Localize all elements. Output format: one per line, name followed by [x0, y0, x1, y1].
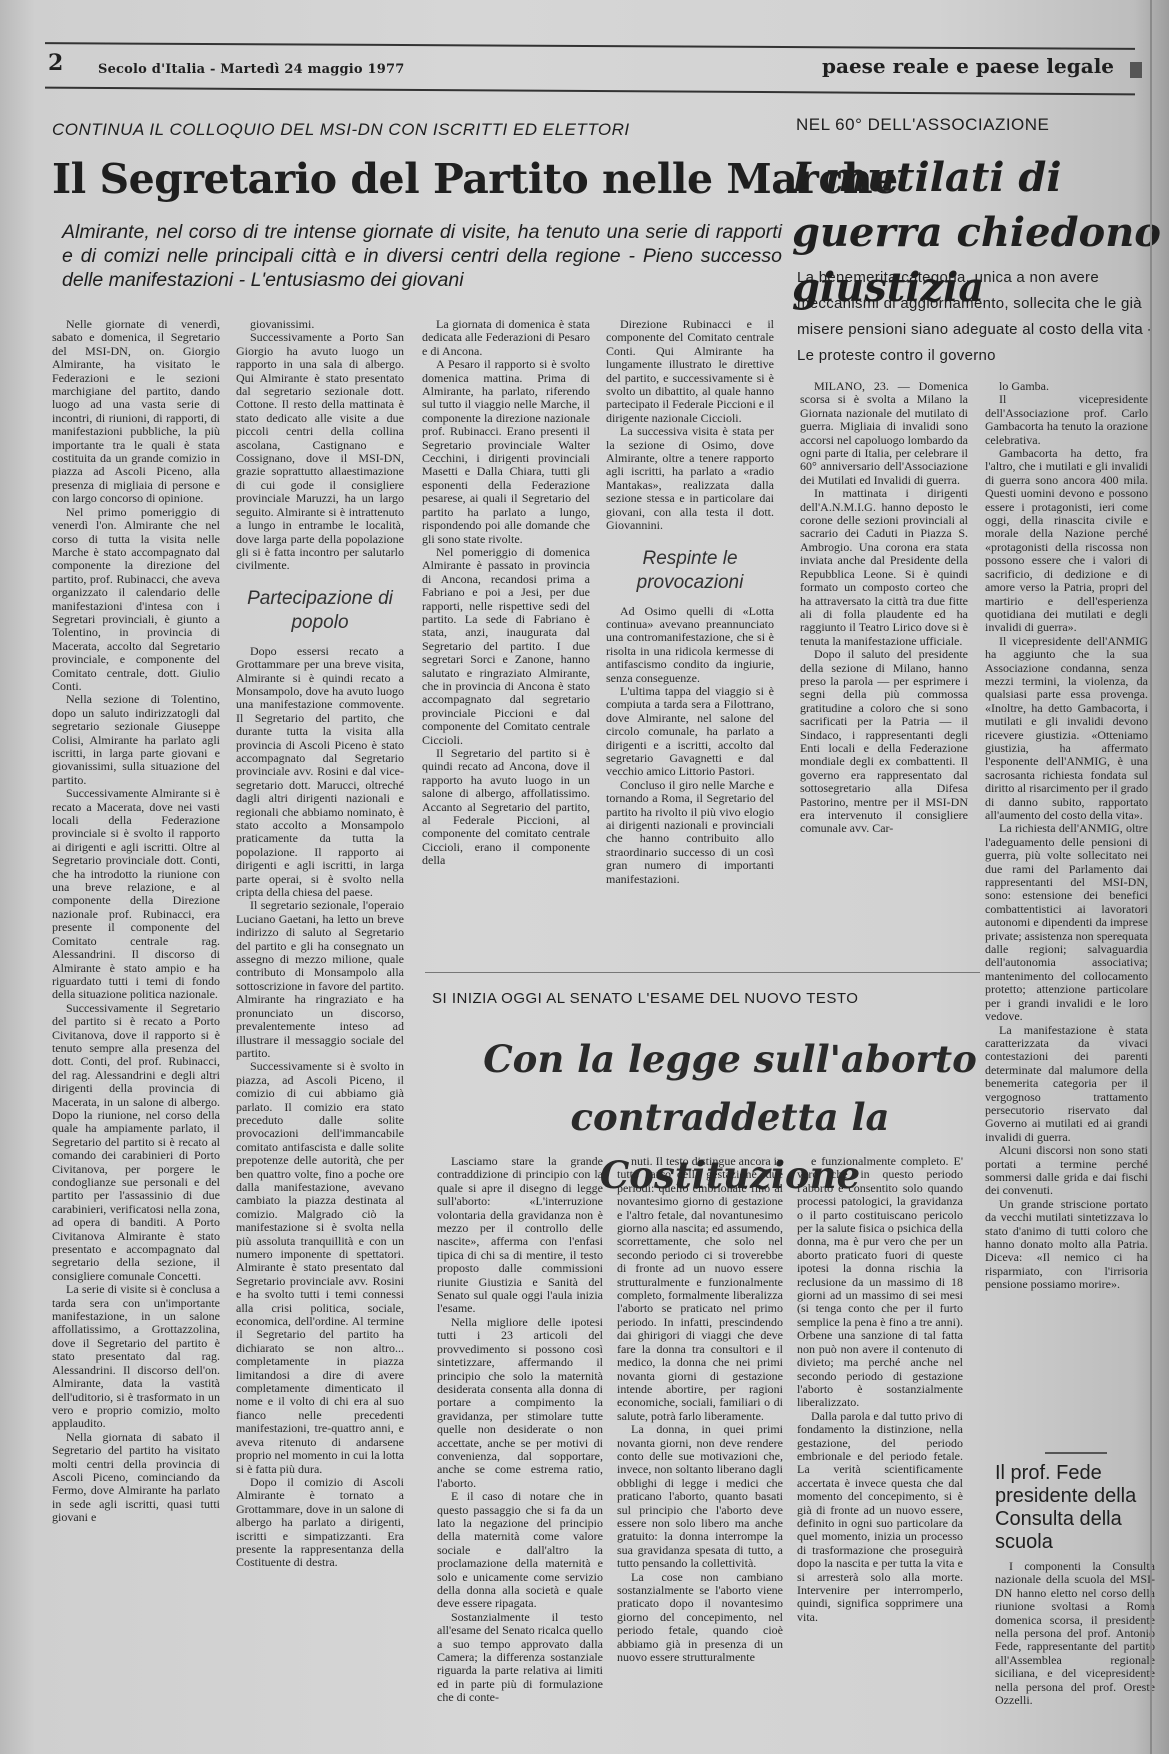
- subhead: Respinte le provocazioni: [606, 547, 774, 595]
- paragraph: e funzionalmente completo. E' vero che i…: [797, 1155, 963, 1410]
- paragraph: Nella sezione di Tolentino, dopo un salu…: [52, 693, 220, 787]
- paragraph: Successivamente Almirante si è recato a …: [52, 787, 220, 1002]
- paragraph: La successiva visita è stata per la sezi…: [606, 425, 774, 532]
- aborto-column-2: nuti. Il testo distingue ancora in tutto…: [617, 1155, 783, 1664]
- aborto-kicker: SI INIZIA OGGI AL SENATO L'ESAME DEL NUO…: [432, 990, 858, 1007]
- mutilati-deck: La benemerita categoria, unica a non ave…: [797, 265, 1167, 369]
- paragraph: La donna, in quei primi novanta giorni, …: [617, 1423, 783, 1570]
- paragraph: Un grande striscione portato da vecchi m…: [985, 1198, 1148, 1292]
- page-number: 2: [48, 50, 63, 76]
- paragraph: Il vicepresidente dell'Associazione prof…: [985, 393, 1148, 447]
- header-bottom-rule: [45, 87, 1135, 96]
- marche-column-1: Nelle giornate di venerdì, sabato e dome…: [52, 318, 220, 1525]
- paragraph: Dopo il comizio di Ascoli Almirante è to…: [236, 1476, 404, 1570]
- marche-column-4: Direzione Rubinacci e il componente del …: [606, 318, 774, 886]
- mutilati-column-1: MILANO, 23. — Domenica scorsa si è svolt…: [800, 380, 968, 836]
- paragraph: Nella migliore delle ipotesi tutti i 23 …: [437, 1316, 603, 1490]
- aborto-top-rule: [425, 972, 980, 973]
- paragraph: Direzione Rubinacci e il componente del …: [606, 318, 774, 425]
- paragraph: Ad Osimo quelli di «Lotta continua» avev…: [606, 605, 774, 685]
- paragraph: Concluso il giro nelle Marche e tornando…: [606, 779, 774, 886]
- paragraph: Il Segretario del partito si è quindi re…: [422, 747, 590, 868]
- paragraph: MILANO, 23. — Domenica scorsa si è svolt…: [800, 380, 968, 487]
- paragraph: Successivamente il Segretario del partit…: [52, 1002, 220, 1284]
- paragraph: giovanissimi.: [236, 318, 404, 331]
- paragraph: E il caso di notare che in questo passag…: [437, 1490, 603, 1611]
- fede-top-rule: [1045, 1452, 1107, 1454]
- paragraph: L'ultima tappa del viaggio si è compiuta…: [606, 685, 774, 779]
- paragraph: Nelle giornate di venerdì, sabato e dome…: [52, 318, 220, 506]
- paragraph: lo Gamba.: [985, 380, 1148, 393]
- paragraph: A Pesaro il rapporto si è svolto domenic…: [422, 358, 590, 546]
- paragraph: Sostanzialmente il testo all'esame del S…: [437, 1611, 603, 1705]
- section-emblem-icon: [1130, 62, 1142, 78]
- mutilati-kicker: NEL 60° DELL'ASSOCIAZIONE: [796, 115, 1049, 135]
- mutilati-column-2: lo Gamba.Il vicepresidente dell'Associaz…: [985, 380, 1148, 1440]
- marche-column-3: La giornata di domenica è stata dedicata…: [422, 318, 590, 868]
- marche-column-2: giovanissimi.Successivamente a Porto San…: [236, 318, 404, 1570]
- header-top-rule: [45, 42, 1135, 50]
- paragraph: Successivamente si è svolto in piazza, a…: [236, 1060, 404, 1476]
- page-edge: [1150, 0, 1152, 1754]
- paragraph: Dalla parola e dal tutto privo di fondam…: [797, 1410, 963, 1625]
- fede-headline: Il prof. Fede presidente della Consulta …: [995, 1462, 1165, 1554]
- paragraph: La richiesta dell'ANMIG, oltre l'adeguam…: [985, 822, 1148, 1023]
- paragraph: Nel pomeriggio di domenica Almirante è p…: [422, 546, 590, 747]
- paragraph: Il vicepresidente dell'ANMIG ha aggiunto…: [985, 635, 1148, 823]
- paragraph: La giornata di domenica è stata dedicata…: [422, 318, 590, 358]
- paragraph: Gambacorta ha detto, fra l'altro, che i …: [985, 447, 1148, 635]
- aborto-column-1: Lasciamo stare la grande contraddizione …: [437, 1155, 603, 1705]
- marche-kicker: CONTINUA IL COLLOQUIO DEL MSI-DN CON ISC…: [52, 120, 630, 140]
- paragraph: Dopo il saluto del presidente della sezi…: [800, 648, 968, 836]
- subhead: Partecipazione di popolo: [236, 587, 404, 635]
- marche-headline: Il Segretario del Partito nelle Marche: [52, 155, 898, 203]
- paragraph: Il segretario sezionale, l'operaio Lucia…: [236, 899, 404, 1060]
- masthead: Secolo d'Italia - Martedì 24 maggio 1977: [98, 62, 405, 77]
- section-title: paese reale e paese legale: [822, 54, 1114, 78]
- paragraph: Nel primo pomeriggio di venerdì l'on. Al…: [52, 506, 220, 694]
- fede-body: I componenti la Consulta nazionale della…: [995, 1560, 1155, 1707]
- paragraph: Lasciamo stare la grande contraddizione …: [437, 1155, 603, 1316]
- paragraph: In mattinata i dirigenti dell'A.N.M.I.G.…: [800, 487, 968, 648]
- paragraph: Nella giornata di sabato il Segretario d…: [52, 1431, 220, 1525]
- paragraph: Successivamente a Porto San Giorgio ha a…: [236, 331, 404, 572]
- marche-deck: Almirante, nel corso di tre intense gior…: [62, 220, 782, 292]
- paragraph: nuti. Il testo distingue ancora in tutto…: [617, 1155, 783, 1423]
- aborto-column-3: e funzionalmente completo. E' vero che i…: [797, 1155, 963, 1624]
- paragraph: La cose non cambiano sostanzialmente se …: [617, 1571, 783, 1665]
- paragraph: La serie di visite si è conclusa a tarda…: [52, 1283, 220, 1430]
- paragraph: Dopo essersi recato a Grottammare per un…: [236, 645, 404, 900]
